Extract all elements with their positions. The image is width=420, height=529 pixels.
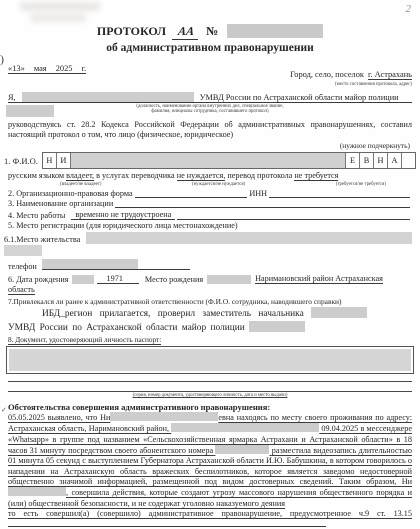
blank-rule-2 [8,391,412,392]
blank-line [115,199,410,208]
protocol-document-page: 2 ) ✓ ПРОТОКОЛ АА № об административном … [0,0,420,529]
field-5-row: 5. Место регистрации (для юридического л… [8,221,412,230]
redacted-protocol-number [227,24,323,38]
preamble-text: руководствуясь ст. 28.2 Кодекса Российск… [8,120,412,141]
blank-line [135,189,248,198]
ibd-text-2: УМВД России по Астраханской области майо… [8,323,245,333]
field-2-row: 2. Организационно-правовая форма ИНН [8,189,412,198]
redacted-phone-number [42,259,138,269]
redacted-officer-detail [6,105,54,117]
fio-cell: В [359,153,373,168]
language-no-translation: не требуется [294,171,338,181]
redacted-fio-cells [70,153,345,168]
ibd-line-1: ИБД_регион прилагается, проверил замести… [8,307,412,320]
phone-row: телефон [8,259,412,271]
circ-text-1: 05.05.2025 выявлено, что Ни [8,413,110,422]
field-4-value: временно не трудоустроена [71,210,175,220]
birthplace-region: область [8,285,35,295]
faded-stamp [20,2,104,26]
fio-cell-empty [401,153,415,168]
offense-line: то есть совершил(а) (совершило) админист… [8,509,412,529]
passport-box [6,346,414,374]
scan-artifact-paren: ) [0,52,4,67]
redacted-official-name-2 [249,321,305,332]
field-6-1-label: 6.1.Место жительства [4,235,80,244]
language-text: в услугах переводчика [96,171,175,180]
title-line: ПРОТОКОЛ АА № [0,24,420,40]
underline-note: (нужное подчеркнуть) [10,141,410,150]
fio-cell: Е [345,153,359,168]
blank-line [269,189,410,198]
circ-text-5: , совершила действия, которые создают уг… [8,488,412,507]
phone-label: телефон [8,262,37,271]
language-owns: владеет, [66,171,94,181]
passport-caption: (серия, номер документа, удостоверяющего… [0,393,420,399]
offense-text: то есть совершил(а) (совершило) админист… [8,509,412,518]
redacted-address [171,423,319,432]
language-caption-2: (нуждается/не нуждается) [192,182,245,188]
fio-cell: А [387,153,401,168]
field-6-label: 6. Дата рождения [8,275,69,284]
language-captions: (владеет/не владеет) (нуждается/не нужда… [8,182,412,188]
field-6-row: 6. Дата рождения 1971 Место рождения Нар… [8,274,412,284]
language-caption-3: (требуется/не требуется) [336,182,386,188]
redacted-birth-date [72,275,94,284]
redacted-residence-continuation [4,245,42,256]
field-8-row: 8. Документ, удостоверяющий личность пас… [8,335,412,344]
redacted-official-name-1 [311,307,367,318]
place-label: Город, село, поселок [290,70,364,79]
birthplace-value-2: область [8,285,412,295]
field-7-row: 7.Привлекался ли ранее к административно… [8,297,412,306]
field-4-label: 4. Место работы [8,211,65,220]
number-sign: № [206,24,218,38]
blank-rule-1 [8,381,412,382]
field-3-row: 3. Наименование организации [8,199,412,208]
redacted-passport-data [9,349,411,371]
officer-org: УМВД России по Астраханской области майо… [200,93,399,102]
redacted-officer-name [22,92,194,102]
title-protocol: ПРОТОКОЛ [97,24,166,38]
place-column: Город, село, поселок г. Астрахань (место… [290,64,412,88]
birth-year: 1971 [97,274,139,284]
fio-cell: Н [43,153,56,168]
officer-row: Я, УМВД России по Астраханской области м… [8,92,412,103]
redacted-person-name-2 [8,487,66,496]
fio-label: 1. Ф.И.О. [4,156,38,166]
language-caption-1: (владеет/не владеет) [60,182,101,188]
officer-prefix: Я, [8,93,16,102]
field-3-label: 3. Наименование организации [8,199,113,208]
field-8-label: 8. Документ, удостоверяющий личность пас… [8,335,161,345]
ibd-line-2: УМВД России по Астраханской области майо… [8,321,412,334]
blank-line [177,211,410,220]
redacted-phone [215,445,269,454]
ibd-paragraph: ИБД_регион прилагается, проверил замести… [8,307,412,334]
phone-blank-line [42,259,190,270]
fio-cell: И [56,153,70,168]
circumstances-paragraph: 05.05.2025 выявлено, что Ниевна находясь… [8,412,412,509]
birthplace-value: Наримановский район Астраханская [255,274,383,284]
field-6-1-row: 6.1.Место жительства [4,232,412,244]
place-caption: (место составления протокола, адрес) [290,82,412,88]
redacted-birthplace [207,275,251,284]
officer-caption-2: фамилия, инициалы сотрудника, составивше… [8,109,412,115]
field-4-row: 4. Место работы временно не трудоустроен… [8,210,412,220]
title-subtitle: об административном правонарушении [0,42,420,54]
redacted-person-name-1 [110,412,218,421]
circumstances-heading: Обстоятельства совершения административн… [8,402,412,412]
place-value: г. Астрахань [368,70,412,80]
meta-row: «13» мая 2025 г. Город, село, поселок г.… [8,64,412,88]
protocol-date: «13» мая 2025 г. [8,64,86,74]
margin-check-mark: ✓ [1,406,7,414]
officer-caption-block: (должность, наименование органа внутренн… [8,104,412,119]
fio-cell-grid: Н И Е В Н А [42,152,416,169]
fio-row: 1. Ф.И.О. Н И Е В Н А [4,152,416,169]
handwritten-series: АА [172,24,200,40]
language-text: русским языком [8,171,64,180]
redacted-residence-address [86,232,412,244]
fio-cell: Н [373,153,387,168]
language-line: русским языком владеет, в услугах перево… [8,171,412,181]
inn-label: ИНН [249,189,267,198]
ibd-text-1: ИБД_регион прилагается, проверил замести… [42,309,304,319]
language-text: перевод протокола [227,171,292,180]
handwritten-page-number: 2 [406,3,412,15]
blank-tail-line [8,519,326,527]
language-no-interpreter: не нуждается, [177,171,226,181]
field-2-label: 2. Организационно-правовая форма [8,189,133,198]
birthplace-label: Место рождения [145,275,203,284]
